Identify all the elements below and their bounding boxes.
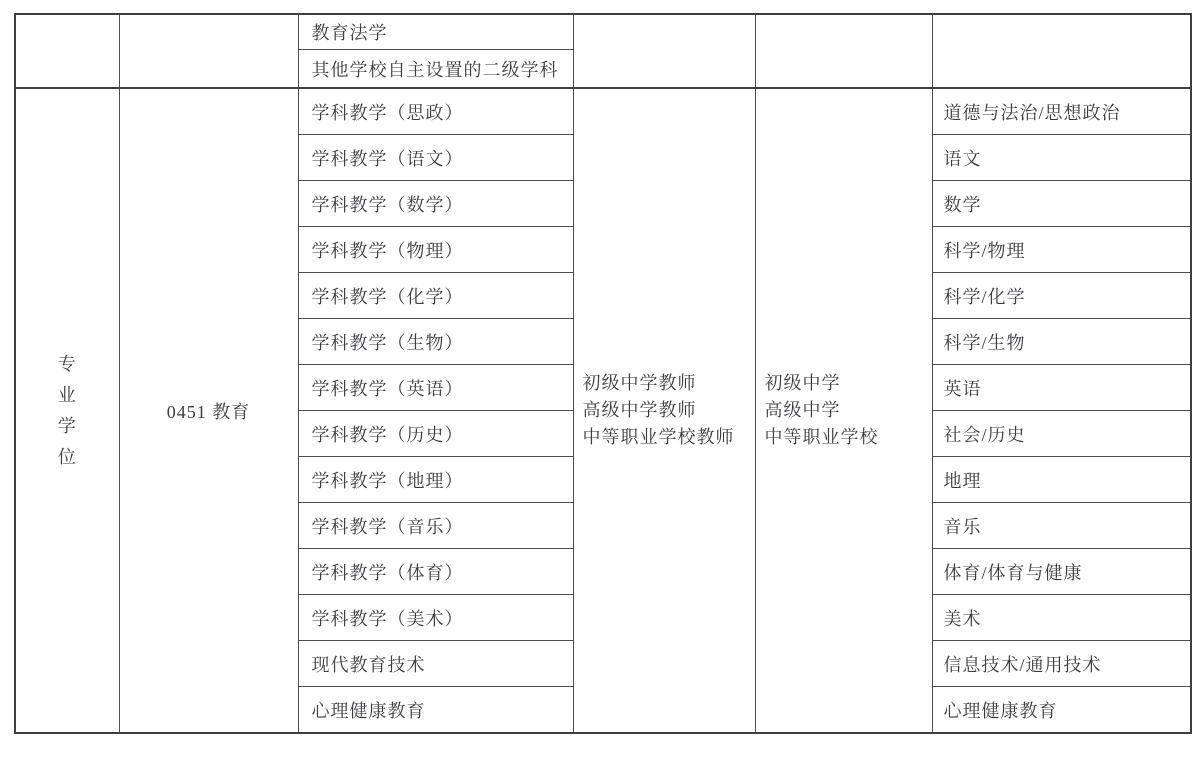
cell-discipline: 学科教学（生物） (298, 319, 573, 365)
cell-major-code: 0451 教育 (119, 88, 298, 733)
cell-discipline: 学科教学（音乐） (298, 503, 573, 549)
cell-empty-teaching-subject (932, 14, 1191, 88)
cell-teacher-types: 初级中学教师 高级中学教师 中等职业学校教师 (573, 88, 755, 733)
cell-teaching-subject: 科学/化学 (932, 273, 1191, 319)
cell-discipline: 现代教育技术 (298, 641, 573, 687)
cell-discipline: 学科教学（语文） (298, 135, 573, 181)
cell-degree-category: 专 业 学 位 (15, 88, 119, 733)
cell-empty-teacher-type (573, 14, 755, 88)
qualification-mapping-table: 教育法学 其他学校自主设置的二级学科 专 业 学 位 0451 教育 学科教学（… (14, 13, 1192, 734)
cell-discipline: 学科教学（体育） (298, 549, 573, 595)
cell-teaching-subject: 音乐 (932, 503, 1191, 549)
cell-school-levels: 初级中学 高级中学 中等职业学校 (755, 88, 932, 733)
cell-teaching-subject: 地理 (932, 457, 1191, 503)
cell-teaching-subject: 社会/历史 (932, 411, 1191, 457)
cell-teaching-subject: 数学 (932, 181, 1191, 227)
cell-discipline: 教育法学 (298, 14, 573, 50)
cell-discipline: 心理健康教育 (298, 687, 573, 734)
cell-empty-major (119, 14, 298, 88)
table-row: 专 业 学 位 0451 教育 学科教学（思政） 初级中学教师 高级中学教师 中… (15, 88, 1191, 135)
cell-discipline: 学科教学（美术） (298, 595, 573, 641)
cell-discipline: 学科教学（英语） (298, 365, 573, 411)
table-row: 教育法学 (15, 14, 1191, 50)
document-page: 教育法学 其他学校自主设置的二级学科 专 业 学 位 0451 教育 学科教学（… (0, 0, 1200, 765)
cell-discipline: 学科教学（化学） (298, 273, 573, 319)
cell-empty-school-level (755, 14, 932, 88)
cell-discipline: 学科教学（思政） (298, 88, 573, 135)
cell-teaching-subject: 美术 (932, 595, 1191, 641)
cell-discipline: 学科教学（地理） (298, 457, 573, 503)
cell-teaching-subject: 英语 (932, 365, 1191, 411)
cell-teaching-subject: 心理健康教育 (932, 687, 1191, 734)
cell-empty-category (15, 14, 119, 88)
cell-teaching-subject: 信息技术/通用技术 (932, 641, 1191, 687)
cell-teaching-subject: 道德与法治/思想政治 (932, 88, 1191, 135)
cell-discipline: 学科教学（物理） (298, 227, 573, 273)
cell-teaching-subject: 语文 (932, 135, 1191, 181)
cell-teaching-subject: 体育/体育与健康 (932, 549, 1191, 595)
cell-discipline: 学科教学（历史） (298, 411, 573, 457)
cell-teaching-subject: 科学/生物 (932, 319, 1191, 365)
cell-discipline: 其他学校自主设置的二级学科 (298, 50, 573, 89)
cell-discipline: 学科教学（数学） (298, 181, 573, 227)
cell-teaching-subject: 科学/物理 (932, 227, 1191, 273)
